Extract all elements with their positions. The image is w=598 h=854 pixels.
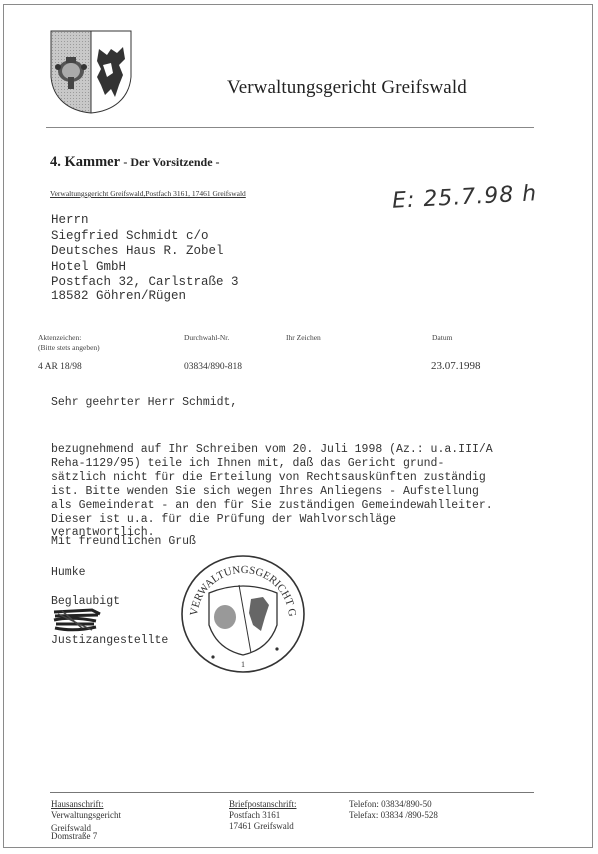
official-seal-icon: VERWALTUNGSGERICHT GREIFSWALD 1 [179,553,307,675]
seal-number: 1 [241,660,245,669]
return-address: Verwaltungsgericht Greifswald,Postfach 3… [50,189,246,198]
house-address-line1: Verwaltungsgericht [51,810,121,821]
postal-address-label: Briefpostanschrift: [229,799,296,810]
chamber-heading: 4. Kammer - Der Vorsitzende - [50,154,220,171]
receipt-stamp-handwritten: E: 25.7.98 h [391,181,537,214]
aktenzeichen-note: (Bitte stets angeben) [38,343,100,353]
postal-address-line1: Postfach 3161 [229,810,296,821]
recipient-city: 18582 Göhren/Rügen [51,289,186,303]
coat-of-arms-icon [49,29,133,115]
letter-page: Verwaltungsgericht Greifswald 4. Kammer … [3,4,593,848]
chamber-name: 4. Kammer [50,154,120,170]
letter-body: bezugnehmend auf Ihr Schreiben vom 20. J… [51,443,493,540]
durchwahl-value: 03834/890-818 [184,362,242,372]
footer-fax: Telefax: 03834 /890-528 [349,810,438,821]
datum-label: Datum [432,333,452,343]
datum-value: 23.07.1998 [431,360,481,372]
salutation: Sehr geehrter Herr Schmidt, [51,396,237,409]
house-address-line3: Domstraße 7 [51,832,121,840]
ihr-zeichen-label: Ihr Zeichen [286,333,321,343]
footer-divider [50,792,534,793]
footer-contact: Telefon: 03834/890-50 Telefax: 03834 /89… [349,799,438,821]
aktenzeichen-label-text: Aktenzeichen: [38,333,100,343]
house-address-label: Hausanschrift: [51,799,121,810]
aktenzeichen-value: 4 AR 18/98 [38,362,82,372]
chamber-subtitle: - Der Vorsitzende - [123,155,219,169]
signature-scribble [52,608,104,633]
aktenzeichen-label: Aktenzeichen: (Bitte stets angeben) [38,333,100,353]
closing: Mit freundlichen Gruß [51,535,196,548]
signer-name: Humke [51,566,86,579]
court-name: Verwaltungsgericht Greifswald [227,77,467,99]
footer-house-address: Hausanschrift: Verwaltungsgericht Greifs… [51,799,121,840]
footer-phone: Telefon: 03834/890-50 [349,799,438,810]
durchwahl-label: Durchwahl-Nr. [184,333,229,343]
recipient-address: Herrn Siegfried Schmidt c/o Deutsches Ha… [51,213,239,291]
footer-postal-address: Briefpostanschrift: Postfach 3161 17461 … [229,799,296,832]
postal-address-line2: 17461 Greifswald [229,821,296,832]
clerk-title: Justizangestellte [51,634,168,647]
header-divider [46,127,534,128]
certified-label: Beglaubigt [51,595,120,608]
